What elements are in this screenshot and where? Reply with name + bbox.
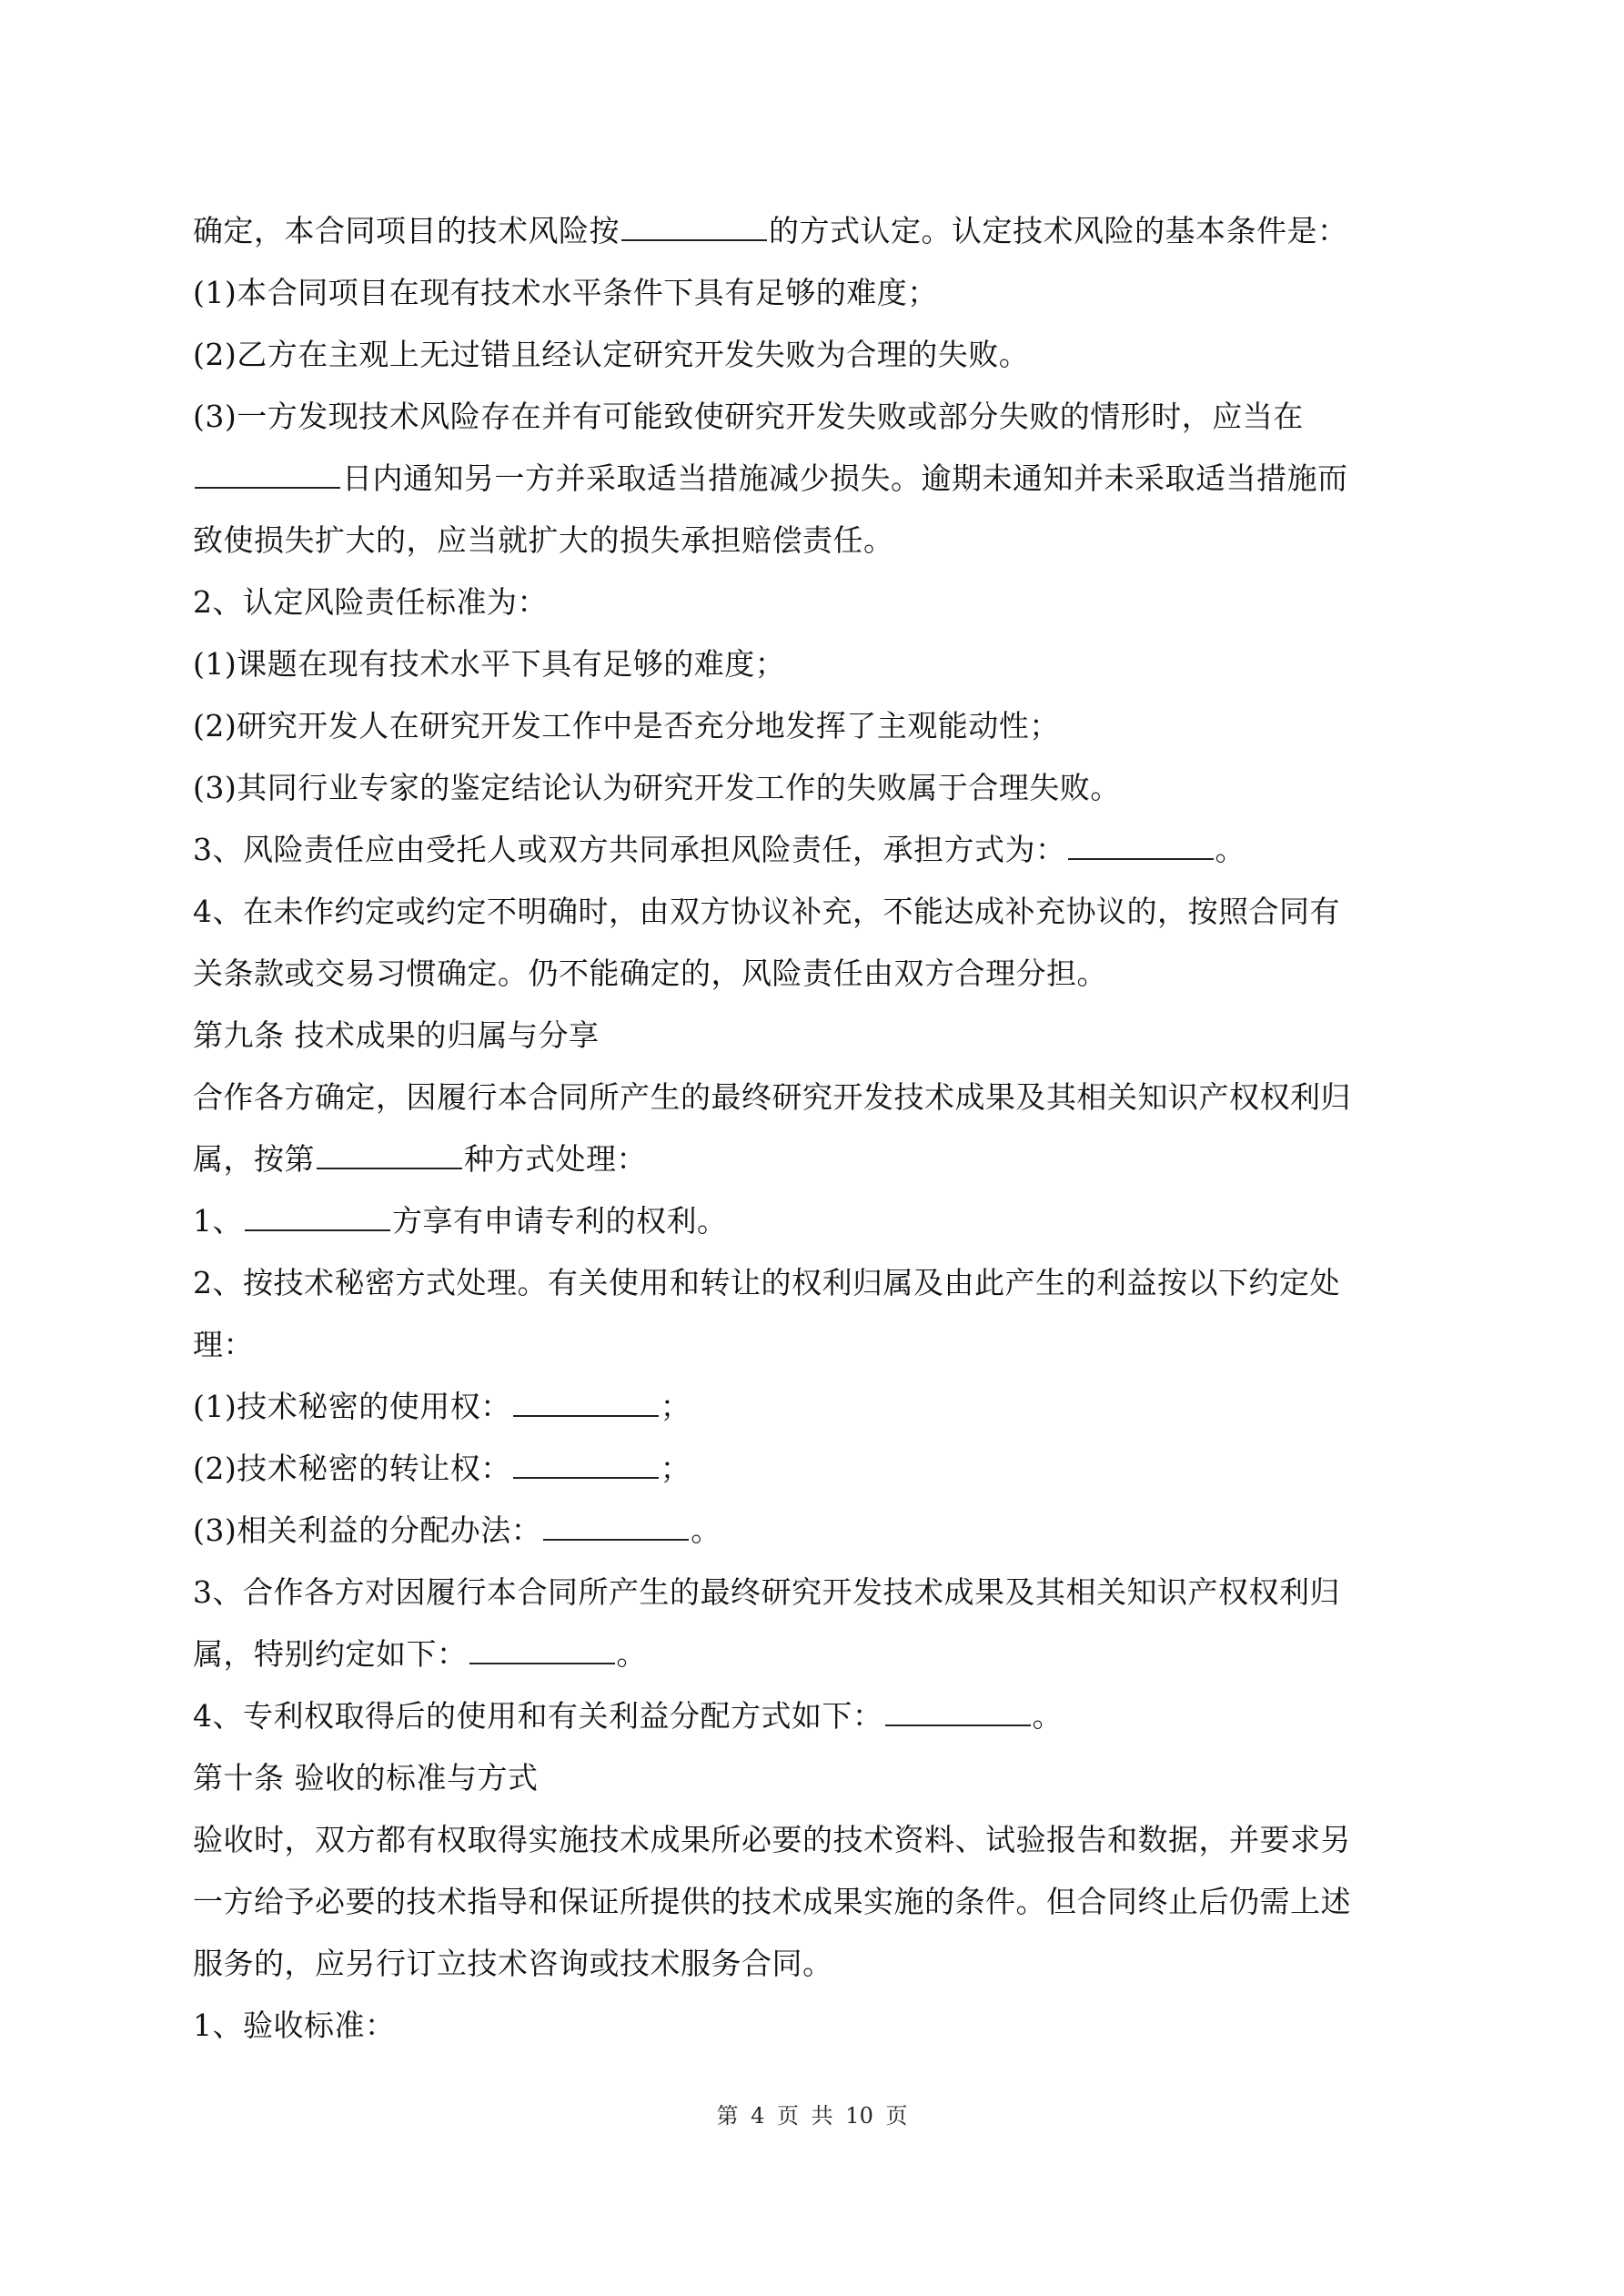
text-segment: 。 [691,1512,721,1548]
text-line: 4、在未作约定或约定不明确时，由双方协议补充，不能达成补充协议的，按照合同有 [193,881,1437,943]
fill-in-blank [513,1388,659,1417]
text-segment: 的方式认定。认定技术风险的基本条件是： [769,213,1348,248]
text-line: (3)其同行业专家的鉴定结论认为研究开发工作的失败属于合理失败。 [193,757,1437,819]
text-segment: 理： [193,1327,254,1362]
fill-in-blank [195,460,340,489]
fill-in-blank [513,1450,659,1479]
text-line: 理： [193,1314,1437,1376]
text-segment: (3)一方发现技术风险存在并有可能致使研究开发失败或部分失败的情形时，应当在 [193,399,1304,434]
page-number-label: 第 4 页 共 10 页 [717,2103,908,2129]
text-segment: 第十条 验收的标准与方式 [193,1760,539,1795]
text-line: 服务的，应另行订立技术咨询或技术服务合同。 [193,1933,1437,1995]
text-line: 属，按第种方式处理： [193,1128,1437,1190]
text-segment: 方享有申请专利的权利。 [392,1203,728,1239]
fill-in-blank [1068,831,1214,860]
text-segment: 一方给予必要的技术指导和保证所提供的技术成果实施的条件。但合同终止后仍需上述 [193,1884,1351,1919]
text-line: (1)课题在现有技术水平下具有足够的难度； [193,633,1437,695]
text-segment: 。 [1033,1698,1064,1734]
text-segment: 日内通知另一方并采取适当措施减少损失。逾期未通知并未采取适当措施而 [342,460,1348,496]
text-segment: 属，特别约定如下： [193,1636,468,1672]
text-segment: ； [661,1389,691,1424]
text-segment: 2、认定风险责任标准为： [193,584,548,620]
text-segment: (2)研究开发人在研究开发工作中是否充分地发挥了主观能动性； [193,708,1060,743]
text-line: 2、认定风险责任标准为： [193,571,1437,633]
text-segment: (2)技术秘密的转让权： [193,1451,511,1486]
text-segment: 。 [1215,832,1246,867]
fill-in-blank [245,1202,390,1231]
text-line: 确定，本合同项目的技术风险按的方式认定。认定技术风险的基本条件是： [193,200,1437,262]
text-line: 一方给予必要的技术指导和保证所提供的技术成果实施的条件。但合同终止后仍需上述 [193,1871,1437,1933]
text-segment: 服务的，应另行订立技术咨询或技术服务合同。 [193,1946,833,1981]
text-segment: 3、风险责任应由受托人或双方共同承担风险责任，承担方式为： [193,832,1066,867]
text-segment: (3)相关利益的分配办法： [193,1512,541,1548]
text-line: 1、方享有申请专利的权利。 [193,1190,1437,1252]
text-line: 第九条 技术成果的归属与分享 [193,1005,1437,1067]
text-segment: 验收时，双方都有权取得实施技术成果所必要的技术资料、试验报告和数据，并要求另 [193,1822,1351,1857]
text-segment: 致使损失扩大的，应当就扩大的损失承担赔偿责任。 [193,522,894,558]
text-segment: (1)技术秘密的使用权： [193,1389,511,1424]
text-segment: 第九条 技术成果的归属与分享 [193,1017,600,1053]
text-line: 合作各方确定，因履行本合同所产生的最终研究开发技术成果及其相关知识产权权利归 [193,1067,1437,1128]
fill-in-blank [621,212,767,241]
text-line: (2)研究开发人在研究开发工作中是否充分地发挥了主观能动性； [193,695,1437,757]
text-segment: 确定，本合同项目的技术风险按 [193,213,620,248]
text-segment: 1、 [193,1203,243,1239]
fill-in-blank [885,1697,1031,1726]
text-line: 属，特别约定如下：。 [193,1623,1437,1685]
text-line: 4、专利权取得后的使用和有关利益分配方式如下：。 [193,1685,1437,1747]
fill-in-blank [317,1140,462,1169]
text-line: 日内通知另一方并采取适当措施减少损失。逾期未通知并未采取适当措施而 [193,448,1437,510]
text-line: (2)技术秘密的转让权：； [193,1438,1437,1500]
text-line: (3)相关利益的分配办法：。 [193,1500,1437,1562]
text-segment: 2、按技术秘密方式处理。有关使用和转让的权利归属及由此产生的利益按以下约定处 [193,1265,1340,1300]
text-segment: 3、合作各方对因履行本合同所产生的最终研究开发技术成果及其相关知识产权权利归 [193,1574,1340,1610]
text-line: (1)本合同项目在现有技术水平条件下具有足够的难度； [193,262,1437,324]
page-footer: 第 4 页 共 10 页 [0,2098,1624,2129]
text-line: 3、合作各方对因履行本合同所产生的最终研究开发技术成果及其相关知识产权权利归 [193,1562,1437,1623]
text-segment: (2)乙方在主观上无过错且经认定研究开发失败为合理的失败。 [193,337,1029,372]
document-page: 确定，本合同项目的技术风险按的方式认定。认定技术风险的基本条件是：(1)本合同项… [193,200,1437,2057]
text-segment: 种方式处理： [464,1141,647,1177]
text-line: 3、风险责任应由受托人或双方共同承担风险责任，承担方式为：。 [193,819,1437,881]
text-line: (3)一方发现技术风险存在并有可能致使研究开发失败或部分失败的情形时，应当在 [193,386,1437,448]
text-line: 验收时，双方都有权取得实施技术成果所必要的技术资料、试验报告和数据，并要求另 [193,1809,1437,1871]
text-segment: 4、专利权取得后的使用和有关利益分配方式如下： [193,1698,883,1734]
text-line: (2)乙方在主观上无过错且经认定研究开发失败为合理的失败。 [193,324,1437,386]
text-line: 2、按技术秘密方式处理。有关使用和转让的权利归属及由此产生的利益按以下约定处 [193,1252,1437,1314]
fill-in-blank [543,1512,689,1541]
text-line: 致使损失扩大的，应当就扩大的损失承担赔偿责任。 [193,510,1437,571]
text-segment: 1、验收标准： [193,2008,396,2043]
text-line: (1)技术秘密的使用权：； [193,1376,1437,1438]
text-line: 1、验收标准： [193,1995,1437,2057]
text-segment: (1)课题在现有技术水平下具有足够的难度； [193,646,785,682]
text-segment: (3)其同行业专家的鉴定结论认为研究开发工作的失败属于合理失败。 [193,770,1121,805]
text-segment: 4、在未作约定或约定不明确时，由双方协议补充，不能达成补充协议的，按照合同有 [193,894,1340,929]
text-segment: 。 [617,1636,648,1672]
text-line: 第十条 验收的标准与方式 [193,1747,1437,1809]
text-segment: 属，按第 [193,1141,315,1177]
text-line: 关条款或交易习惯确定。仍不能确定的，风险责任由双方合理分担。 [193,943,1437,1005]
text-segment: 合作各方确定，因履行本合同所产生的最终研究开发技术成果及其相关知识产权权利归 [193,1079,1351,1115]
text-segment: 关条款或交易习惯确定。仍不能确定的，风险责任由双方合理分担。 [193,956,1107,991]
text-segment: ； [661,1451,691,1486]
fill-in-blank [469,1635,615,1664]
text-segment: (1)本合同项目在现有技术水平条件下具有足够的难度； [193,275,938,310]
